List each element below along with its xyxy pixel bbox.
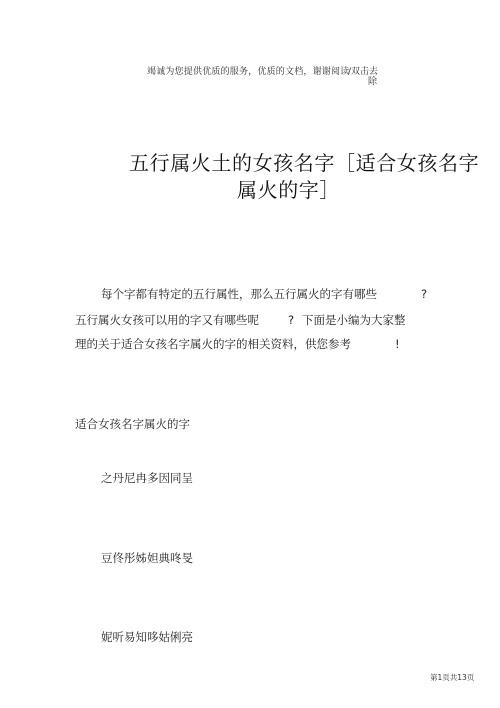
header-notice: 竭诚为您提供优质的服务，优质的文档，谢谢阅读: [147, 67, 349, 78]
header-dismiss-hint-cont[interactable]: 除: [368, 77, 377, 88]
intro-line-2-punct: ?: [288, 313, 294, 327]
page-indicator: 第1页共13页: [430, 673, 474, 682]
section-heading: 适合女孩名字属火的字: [75, 417, 190, 431]
intro-line-2-cont: 下面是小编为大家整: [302, 313, 406, 327]
intro-line-1-punct: ?: [421, 287, 427, 301]
intro-line-3-punct: !: [395, 337, 400, 351]
intro-line-3: 理的关于适合女孩名字属火的字的相关资料，供您参考: [75, 337, 351, 351]
page-title-line2: 属火的字］: [237, 178, 340, 202]
page-title-line1: 五行属火土的女孩名字［适合女孩名字: [129, 151, 479, 175]
name-row: 妮听易知哆姑俐亮: [101, 630, 193, 644]
name-row: 之丹尼冉多因同呈: [101, 471, 193, 485]
name-row: 豆佟彤姊妲典咚旻: [101, 551, 193, 565]
intro-line-1: 每个字都有特定的五行属性，那么五行属火的字有哪些: [101, 287, 377, 301]
intro-line-2: 五行属火女孩可以用的字又有哪些呢: [75, 313, 259, 327]
